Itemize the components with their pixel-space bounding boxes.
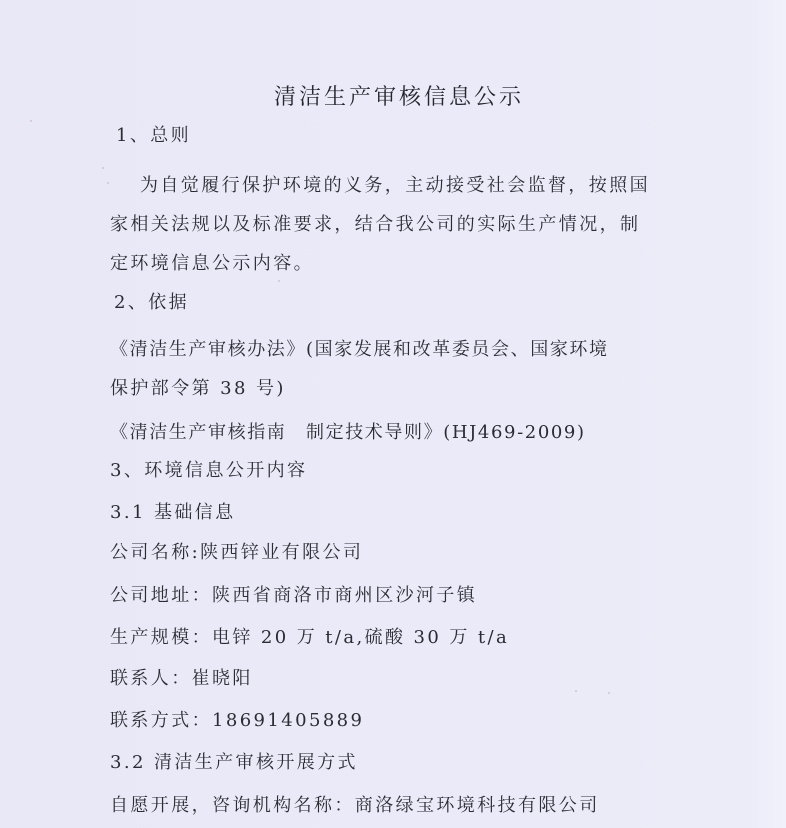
paragraph-line: 为自觉履行保护环境的义务，主动接受社会监督，按照国 [140, 171, 650, 197]
scan-speck [278, 280, 280, 282]
scan-speck [107, 182, 109, 184]
paragraph-line: 定环境信息公示内容。 [110, 249, 314, 275]
production-scale: 生产规模：电锌 20 万 t/a,硫酸 30 万 t/a [110, 623, 509, 649]
scan-speck [102, 167, 104, 169]
scan-speck [30, 120, 32, 122]
contact-phone: 联系方式：18691405889 [110, 706, 364, 732]
scan-speck [575, 690, 577, 692]
subsection-heading-audit-method: 3.2 清洁生产审核开展方式 [110, 748, 358, 774]
paragraph-line: 家相关法规以及标准要求，结合我公司的实际生产情况，制 [110, 210, 640, 236]
section-heading-basis: 2、依据 [114, 288, 189, 314]
company-name: 公司名称:陕西锌业有限公司 [110, 538, 363, 564]
audit-method-detail: 自愿开展，咨询机构名称：商洛绿宝环境科技有限公司 [110, 791, 600, 817]
scan-speck [608, 692, 610, 694]
reference-line: 保护部令第 38 号) [110, 374, 286, 400]
document-title: 清洁生产审核信息公示 [0, 80, 786, 111]
company-address: 公司地址：陕西省商洛市商州区沙河子镇 [110, 581, 477, 607]
reference-line: 《清洁生产审核指南 制定技术导则》(HJ469-2009) [110, 418, 586, 444]
subsection-heading-basic-info: 3.1 基础信息 [110, 498, 236, 524]
contact-person: 联系人：崔晓阳 [110, 664, 253, 690]
reference-line: 《清洁生产审核办法》(国家发展和改革委员会、国家环境 [110, 335, 609, 361]
section-heading-disclosure: 3、环境信息公开内容 [110, 456, 307, 482]
scanned-page: 清洁生产审核信息公示 1、总则 为自觉履行保护环境的义务，主动接受社会监督，按照… [0, 0, 786, 828]
section-heading-general: 1、总则 [116, 121, 191, 147]
